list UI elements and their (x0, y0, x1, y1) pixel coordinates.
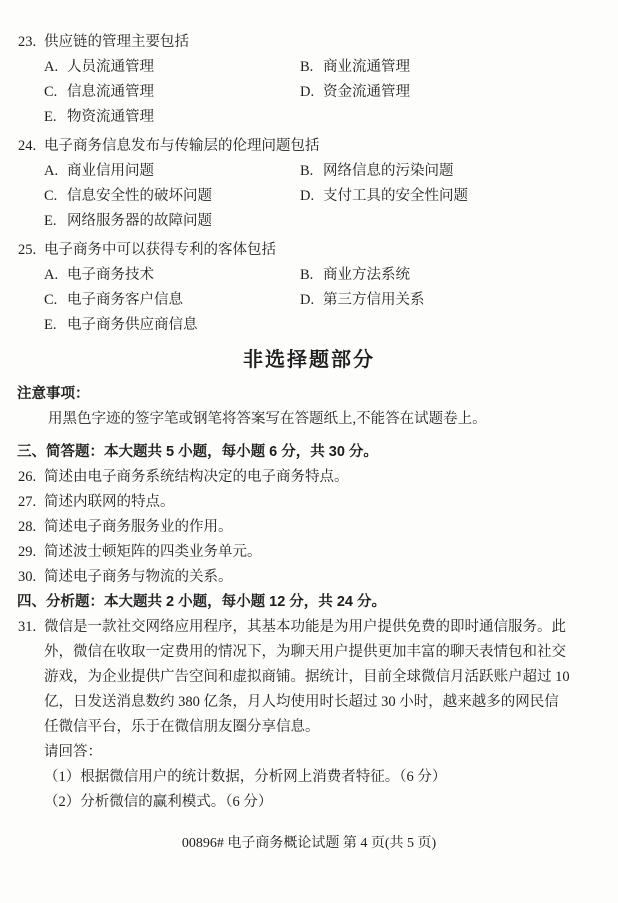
option-a: A. 商业信用问题 (44, 159, 300, 184)
notice-text: 用黑色字迹的签字笔或钢笔将答案写在答题纸上,不能答在试题卷上。 (0, 407, 487, 432)
question-30: 30. 简述电子商务与物流的关系。 (0, 565, 618, 590)
sub-question-2: （2）分析微信的赢利模式。（6 分） (44, 790, 618, 815)
option-text: 物资流通管理 (67, 105, 154, 130)
page-footer: 00896# 电子商务概论试题 第 4 页(共 5 页) (0, 831, 618, 856)
option-text: 商业信用问题 (67, 159, 154, 184)
question-27: 27. 简述内联网的特点。 (0, 490, 618, 515)
option-text: 第三方信用关系 (323, 288, 425, 313)
question-28: 28. 简述电子商务服务业的作用。 (0, 515, 618, 540)
option-e: E. 物资流通管理 (44, 105, 300, 130)
option-row: C. 信息流通管理 D. 资金流通管理 (0, 80, 618, 105)
paragraph-line: 外，微信在收取一定费用的情况下，为聊天用户提供更加丰富的聊天表情包和社交 (44, 640, 618, 665)
option-e: E. 电子商务供应商信息 (44, 313, 300, 338)
option-row: A. 商业信用问题 B. 网络信息的污染问题 (0, 159, 618, 184)
option-d: D. 资金流通管理 (300, 80, 410, 105)
question-number: 23. (0, 30, 44, 55)
notice-block: 注意事项： 用黑色字迹的签字笔或钢笔将答案写在答题纸上,不能答在试题卷上。 (0, 382, 618, 432)
option-text: 资金流通管理 (323, 80, 410, 105)
option-row: E. 网络服务器的故障问题 (0, 209, 618, 234)
option-row: A. 电子商务技术 B. 商业方法系统 (0, 263, 618, 288)
option-letter: D. (300, 184, 323, 209)
option-text: 电子商务客户信息 (67, 288, 183, 313)
question-stem: 电子商务信息发布与传输层的伦理问题包括 (44, 134, 320, 159)
option-text: 网络信息的污染问题 (323, 159, 454, 184)
question-25: 25. 电子商务中可以获得专利的客体包括 A. 电子商务技术 B. 商业方法系统… (0, 238, 618, 338)
question-number: 29. (0, 540, 44, 565)
question-number: 26. (0, 465, 44, 490)
option-letter: C. (44, 288, 67, 313)
option-text: 网络服务器的故障问题 (67, 209, 212, 234)
option-c: C. 电子商务客户信息 (44, 288, 300, 313)
option-letter: D. (300, 288, 323, 313)
option-text: 支付工具的安全性问题 (323, 184, 468, 209)
option-text: 信息安全性的破坏问题 (67, 184, 212, 209)
question-number: 25. (0, 238, 44, 263)
option-row: A. 人员流通管理 B. 商业流通管理 (0, 55, 618, 80)
question-23: 23. 供应链的管理主要包括 A. 人员流通管理 B. 商业流通管理 C. 信息… (0, 30, 618, 130)
option-b: B. 商业流通管理 (300, 55, 410, 80)
section-title: 非选择题部分 (0, 344, 618, 376)
option-letter: E. (44, 105, 67, 130)
paragraph-line: 亿，日发送消息数约 380 亿条，月人均使用时长超过 30 小时，越来越多的网民… (44, 690, 618, 715)
option-b: B. 网络信息的污染问题 (300, 159, 454, 184)
question-stem-row: 23. 供应链的管理主要包括 (0, 30, 618, 55)
question-text: 简述内联网的特点。 (44, 490, 175, 515)
question-24: 24. 电子商务信息发布与传输层的伦理问题包括 A. 商业信用问题 B. 网络信… (0, 134, 618, 234)
part3-header: 三、简答题：本大题共 5 小题，每小题 6 分，共 30 分。 (0, 440, 618, 465)
option-row: C. 信息安全性的破坏问题 D. 支付工具的安全性问题 (0, 184, 618, 209)
question-31: 31. 微信是一款社交网络应用程序，其基本功能是为用户提供免费的即时通信服务。此… (0, 615, 618, 815)
option-text: 商业方法系统 (323, 263, 410, 288)
option-d: D. 支付工具的安全性问题 (300, 184, 468, 209)
option-text: 人员流通管理 (67, 55, 154, 80)
question-number: 27. (0, 490, 44, 515)
question-number: 28. (0, 515, 44, 540)
question-text: 简述由电子商务系统结构决定的电子商务特点。 (44, 465, 349, 490)
option-letter: B. (300, 55, 323, 80)
option-text: 电子商务供应商信息 (67, 313, 198, 338)
option-letter: E. (44, 209, 67, 234)
question-26: 26. 简述由电子商务系统结构决定的电子商务特点。 (0, 465, 618, 490)
notice-text-row: 用黑色字迹的签字笔或钢笔将答案写在答题纸上,不能答在试题卷上。 (0, 407, 618, 432)
notice-label: 注意事项： (0, 382, 618, 407)
option-row: E. 物资流通管理 (0, 105, 618, 130)
exam-paper-page: 23. 供应链的管理主要包括 A. 人员流通管理 B. 商业流通管理 C. 信息… (0, 0, 618, 903)
option-letter: E. (44, 313, 67, 338)
question-stem: 电子商务中可以获得专利的客体包括 (44, 238, 276, 263)
option-text: 电子商务技术 (67, 263, 154, 288)
question-text: 简述电子商务与物流的关系。 (44, 565, 233, 590)
option-letter: A. (44, 159, 67, 184)
option-letter: C. (44, 80, 67, 105)
option-row: E. 电子商务供应商信息 (0, 313, 618, 338)
option-b: B. 商业方法系统 (300, 263, 410, 288)
question-31-content: 微信是一款社交网络应用程序，其基本功能是为用户提供免费的即时通信服务。此 外，微… (44, 615, 618, 815)
option-e: E. 网络服务器的故障问题 (44, 209, 300, 234)
option-row: C. 电子商务客户信息 D. 第三方信用关系 (0, 288, 618, 313)
option-d: D. 第三方信用关系 (300, 288, 425, 313)
question-stem-row: 25. 电子商务中可以获得专利的客体包括 (0, 238, 618, 263)
question-stem-row: 24. 电子商务信息发布与传输层的伦理问题包括 (0, 134, 618, 159)
question-number: 31. (0, 615, 44, 815)
option-letter: D. (300, 80, 323, 105)
answer-prompt: 请回答： (44, 740, 618, 765)
paragraph-line: 微信是一款社交网络应用程序，其基本功能是为用户提供免费的即时通信服务。此 (44, 615, 618, 640)
question-text: 简述波士顿矩阵的四类业务单元。 (44, 540, 262, 565)
option-letter: B. (300, 159, 323, 184)
option-letter: A. (44, 55, 67, 80)
question-number: 24. (0, 134, 44, 159)
option-letter: B. (300, 263, 323, 288)
question-number: 30. (0, 565, 44, 590)
option-a: A. 人员流通管理 (44, 55, 300, 80)
option-text: 商业流通管理 (323, 55, 410, 80)
paragraph-line: 游戏，为企业提供广告空间和虚拟商铺。据统计，目前全球微信月活跃账户超过 10 (44, 665, 618, 690)
option-letter: A. (44, 263, 67, 288)
option-letter: C. (44, 184, 67, 209)
option-c: C. 信息流通管理 (44, 80, 300, 105)
question-text: 简述电子商务服务业的作用。 (44, 515, 233, 540)
sub-question-1: （1）根据微信用户的统计数据，分析网上消费者特征。（6 分） (44, 765, 618, 790)
paragraph-line: 任微信平台，乐于在微信朋友圈分享信息。 (44, 715, 618, 740)
option-c: C. 信息安全性的破坏问题 (44, 184, 300, 209)
option-a: A. 电子商务技术 (44, 263, 300, 288)
part4-header: 四、分析题：本大题共 2 小题，每小题 12 分，共 24 分。 (0, 590, 618, 615)
question-stem: 供应链的管理主要包括 (44, 30, 189, 55)
option-text: 信息流通管理 (67, 80, 154, 105)
question-29: 29. 简述波士顿矩阵的四类业务单元。 (0, 540, 618, 565)
